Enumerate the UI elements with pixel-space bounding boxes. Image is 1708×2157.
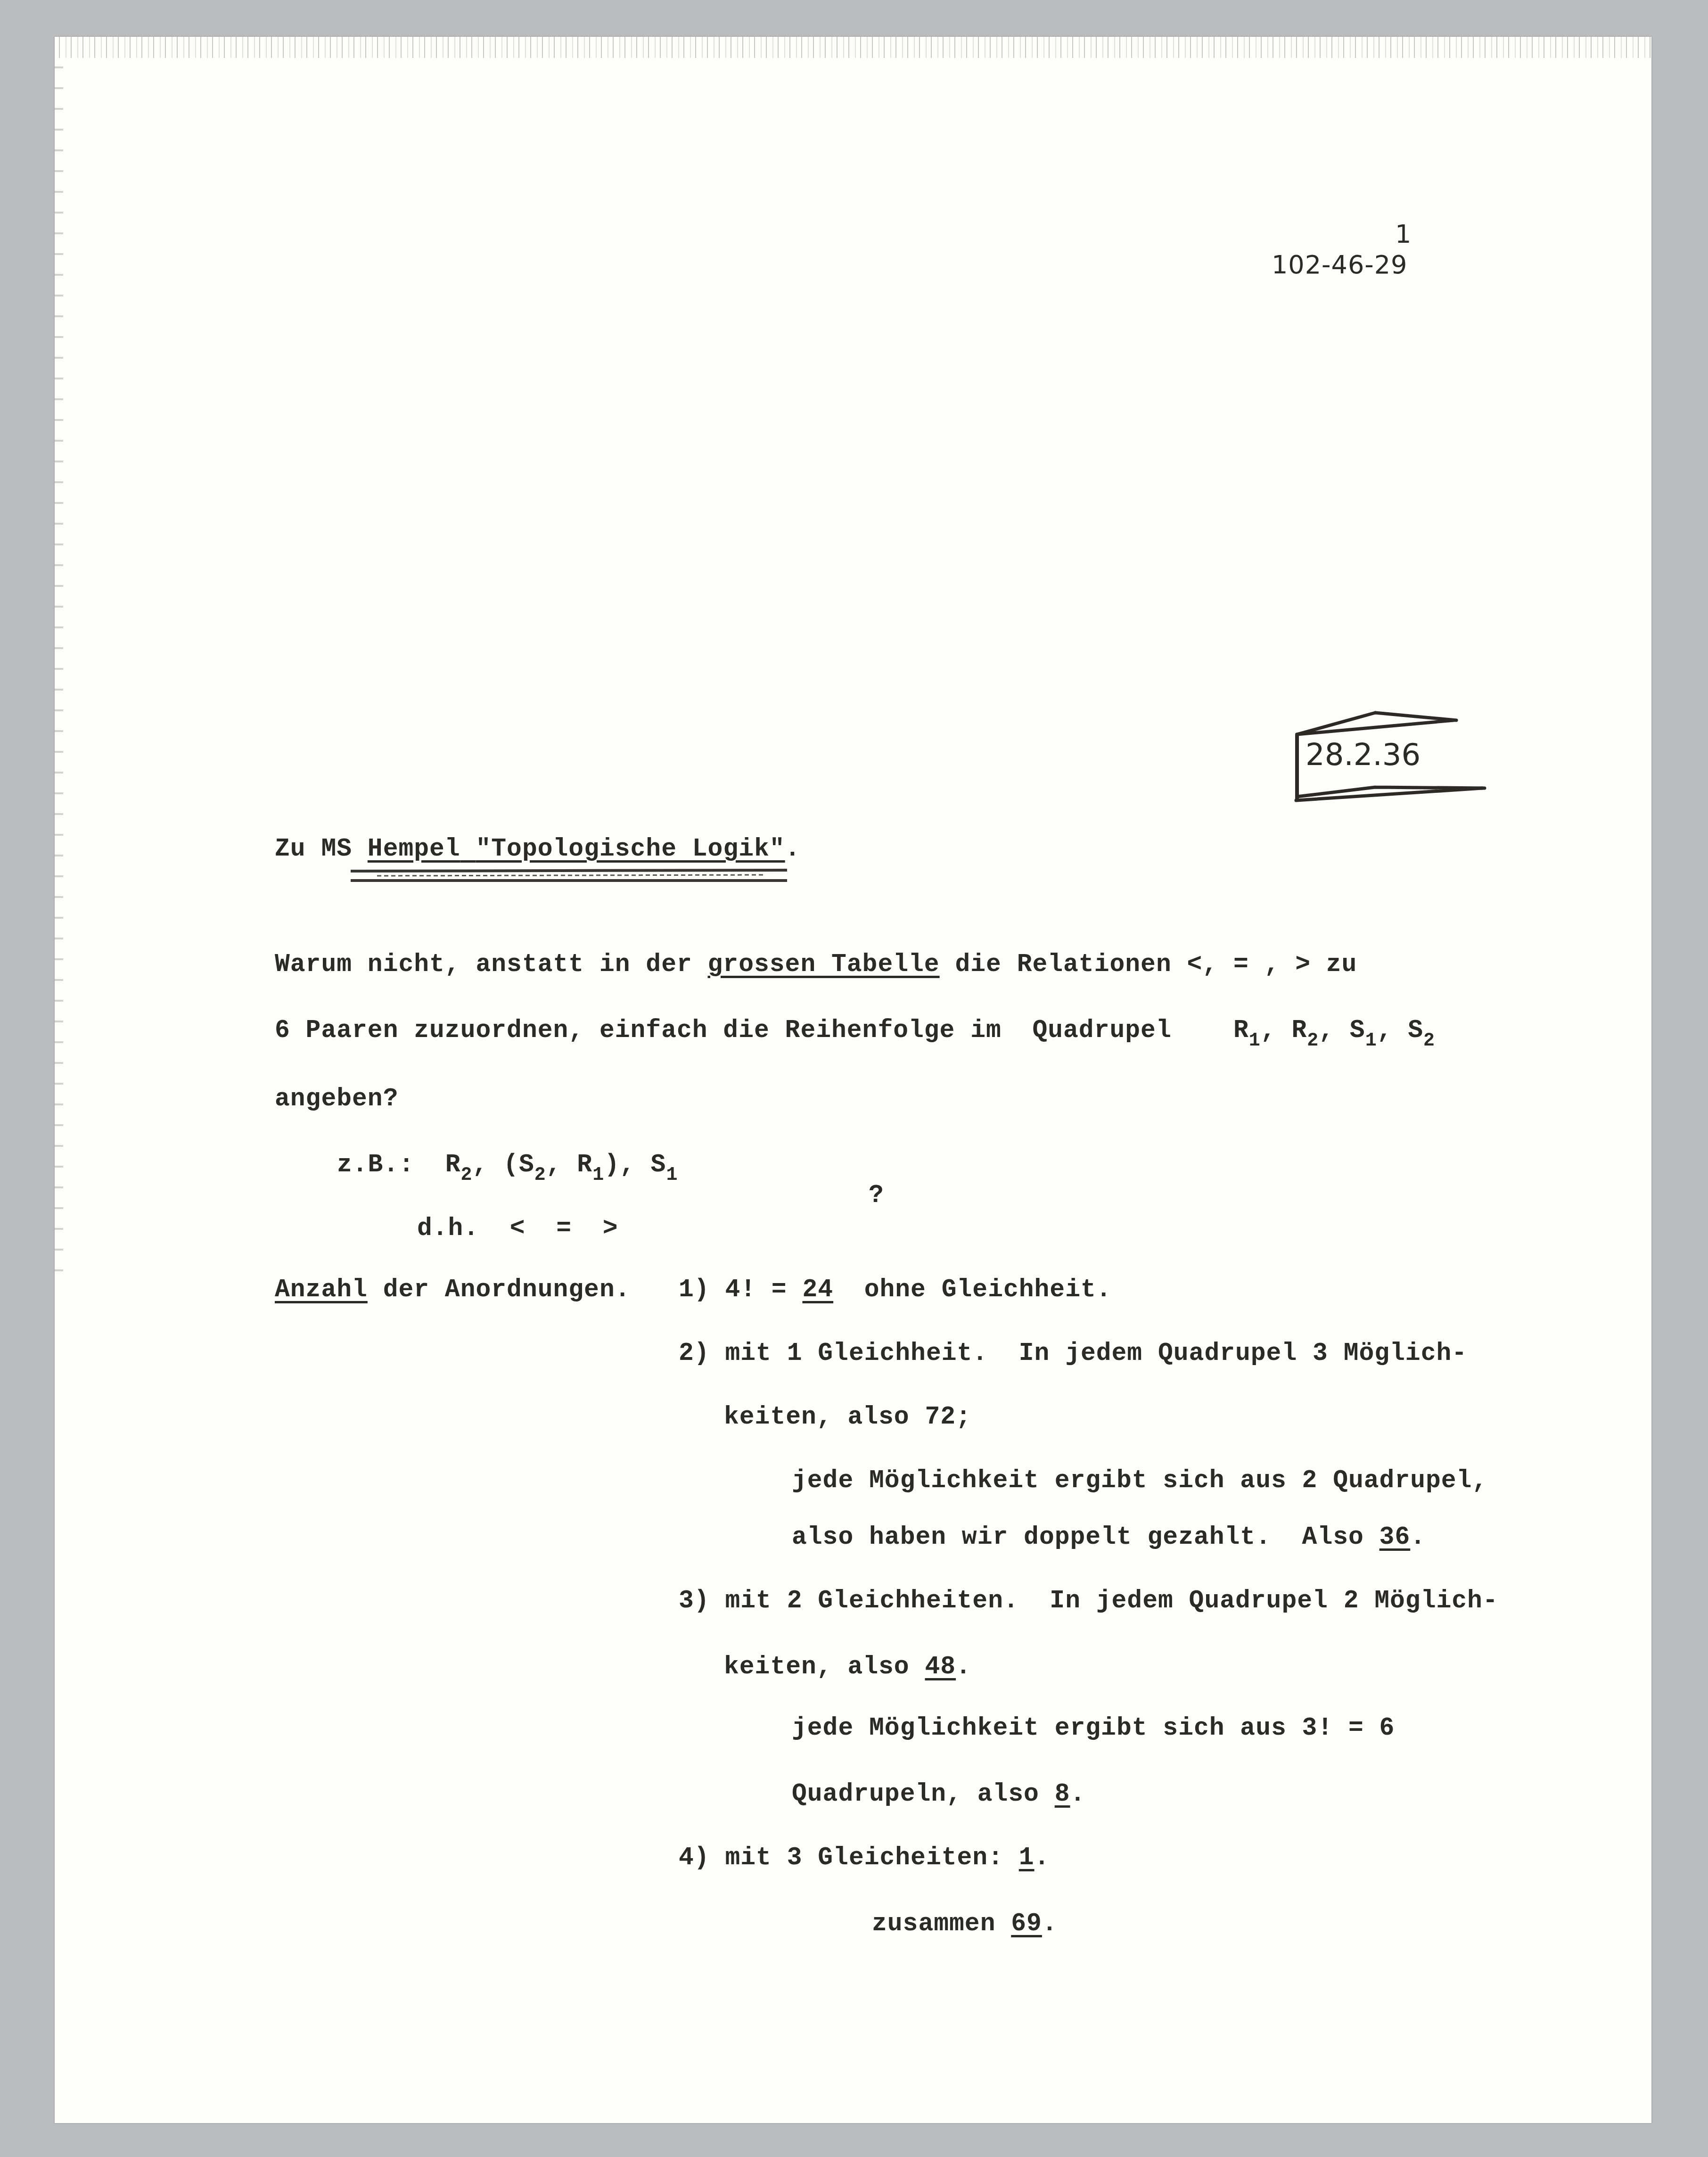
page-number: 1: [1395, 222, 1412, 247]
symbol: , R: [546, 1151, 592, 1179]
count-item-3: 3) mit 2 Gleichheiten. In jedem Quadrupe…: [679, 1589, 1498, 1614]
count-total: zusammen 69.: [872, 1911, 1058, 1936]
count-item-3-line-4: Quadrupeln, also 8.: [792, 1782, 1085, 1807]
title-work-name: "Topologische Logik": [476, 835, 785, 863]
text: .: [956, 1653, 971, 1681]
text: der Anordnungen.: [368, 1276, 631, 1304]
title-author: Hempel: [368, 835, 460, 863]
count-item-2: 2) mit 1 Gleichheit. In jedem Quadrupel …: [679, 1341, 1467, 1366]
item-number: 2): [679, 1339, 710, 1367]
item-number: 3): [679, 1587, 710, 1615]
count-item-3-line-2: keiten, also 48.: [724, 1655, 971, 1679]
text: mit 3 Gleicheiten:: [725, 1844, 1018, 1872]
symbol: R: [445, 1151, 461, 1179]
count-item-1: 1) 4! = 24 ohne Gleichheit.: [679, 1277, 1112, 1302]
text: Warum nicht, anstatt in der: [275, 950, 708, 979]
count-label: Anzahl der Anordnungen.: [275, 1277, 631, 1302]
subscript: 2: [1307, 1030, 1319, 1052]
underlined-result: 1: [1019, 1844, 1035, 1872]
symbol: S: [1350, 1016, 1365, 1045]
paragraph-line-3: angeben?: [275, 1087, 398, 1111]
document-title: Zu MS Hempel "Topologische Logik".: [275, 837, 800, 862]
paragraph-line-2: 6 Paaren zuzuordnen, einfach die Reihenf…: [275, 1018, 1435, 1051]
text: .: [1070, 1780, 1086, 1808]
example-question-mark: ?: [869, 1183, 884, 1208]
anzahl-underlined: Anzahl: [275, 1276, 368, 1304]
archive-id: 102-46-29: [1272, 252, 1407, 278]
quadruple: R1, R2, S1, S2: [1233, 1016, 1435, 1045]
text: mit 1 Gleichheit. In jedem Quadrupel 3 M…: [725, 1339, 1467, 1367]
text: 6 Paaren zuzuordnen, einfach die Reihenf…: [275, 1016, 1172, 1045]
text: also haben wir doppelt gezahlt. Also: [792, 1523, 1380, 1551]
subscript: 1: [1365, 1030, 1377, 1052]
symbol: S: [1408, 1016, 1423, 1045]
text: zu: [1311, 950, 1357, 979]
title-prefix: Zu MS: [275, 835, 368, 863]
item-number: 1): [679, 1276, 710, 1304]
text: Quadrupeln, also: [792, 1780, 1055, 1808]
symbol: R: [1233, 1016, 1249, 1045]
underlined-result: 48: [925, 1653, 956, 1681]
text: die Relationen: [940, 950, 1187, 979]
count-item-2-line-2: keiten, also 72;: [724, 1405, 971, 1430]
document-page: [55, 37, 1651, 2123]
text: .: [1042, 1910, 1058, 1938]
count-item-3-line-3: jede Möglichkeit ergibt sich aus 3! = 6: [792, 1716, 1395, 1741]
count-item-2-line-4: also haben wir doppelt gezahlt. Also 36.: [792, 1525, 1426, 1550]
subscript: 2: [534, 1165, 546, 1186]
text: zusammen: [872, 1910, 1011, 1938]
title-suffix: .: [785, 835, 801, 863]
underlined-result: 36: [1380, 1523, 1411, 1551]
example-line: z.B.: R2, (S2, R1), S1: [337, 1153, 678, 1185]
symbol: , (S: [472, 1151, 534, 1179]
dh-label: d.h.: [417, 1214, 479, 1243]
subscript: 1: [1249, 1030, 1261, 1052]
text: ohne Gleichheit.: [833, 1276, 1112, 1304]
count-item-4: 4) mit 3 Gleicheiten: 1.: [679, 1845, 1050, 1870]
underlined-grossen-tabelle: grossen Tabelle: [708, 950, 940, 979]
scan-edge-artifact-left: [55, 58, 63, 1284]
symbol: ), S: [604, 1151, 666, 1179]
date-stamp: 28.2.36: [1306, 740, 1421, 770]
paragraph-line-1: Warum nicht, anstatt in der grossen Tabe…: [275, 952, 1357, 977]
underlined-result: 8: [1055, 1780, 1070, 1808]
count-item-2-line-3: jede Möglichkeit ergibt sich aus 2 Quadr…: [792, 1468, 1487, 1493]
subscript: 1: [666, 1165, 678, 1186]
subscript: 2: [460, 1165, 472, 1186]
text: keiten, also: [724, 1653, 925, 1681]
total-result: 69: [1011, 1910, 1042, 1938]
symbol: R: [1291, 1016, 1307, 1045]
item-number: 4): [679, 1844, 710, 1872]
example-label: z.B.:: [337, 1151, 414, 1179]
text: 4! =: [725, 1276, 802, 1304]
text: .: [1410, 1523, 1426, 1551]
dh-relations: < = >: [510, 1214, 618, 1243]
title-work: [460, 835, 476, 863]
text: .: [1035, 1844, 1050, 1872]
underlined-result: 24: [802, 1276, 833, 1304]
scan-edge-artifact-top: [55, 37, 1651, 58]
dh-line: d.h. < = >: [417, 1216, 618, 1241]
subscript: 1: [592, 1165, 604, 1186]
title-double-underline: [349, 866, 789, 884]
subscript: 2: [1423, 1030, 1435, 1052]
text: mit 2 Gleichheiten. In jedem Quadrupel 2…: [725, 1587, 1498, 1615]
relations-symbols: <, = , >: [1187, 950, 1311, 979]
